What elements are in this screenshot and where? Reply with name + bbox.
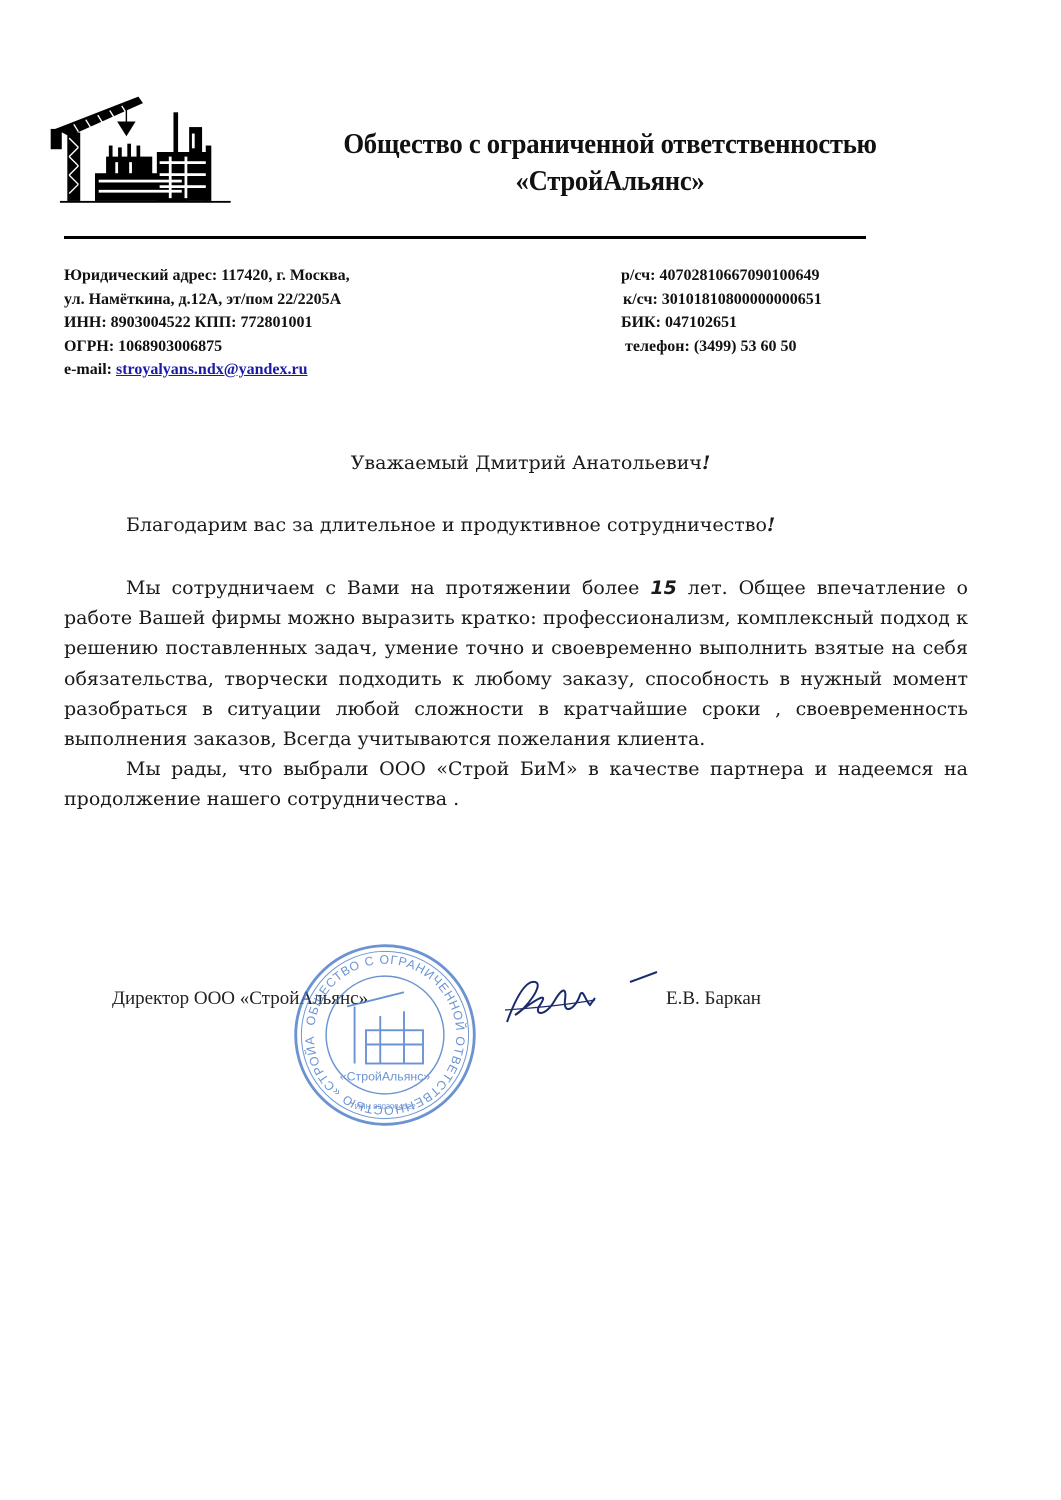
email-label: e-mail:: [64, 361, 116, 378]
letter-body: Мы сотрудничаем с Вами на протяжении бол…: [64, 573, 968, 815]
company-stamp-icon: ОБЩЕСТВО С ОГРАНИЧЕННОЙ ОТВЕТСТВЕННОСТЬЮ…: [290, 940, 480, 1130]
handwritten-signature-icon: [495, 960, 675, 1030]
legal-address-line2: ул. Намёткина, д.12А, эт/пом 22/2205А: [64, 288, 350, 312]
paragraph-1: Мы сотрудничаем с Вами на протяжении бол…: [64, 573, 968, 754]
company-name-line2: «СтройАльянс»: [279, 165, 941, 198]
email-row: e-mail: stroyalyans.ndx@yandex.ru: [64, 358, 350, 382]
signatory-name: Е.В. Баркан: [666, 988, 761, 1010]
requisites-left: Юридический адрес: 117420, г. Москва, ул…: [64, 264, 350, 382]
svg-text:«СтройАльянс»: «СтройАльянс»: [340, 1070, 431, 1084]
correspondent-account: к/сч: 30101810800000000651: [621, 288, 822, 312]
thanks-line: Благодарим вас за длительное и продуктив…: [126, 514, 775, 536]
paragraph-2: Мы рады, что выбрали ООО «Строй БиМ» в к…: [64, 754, 968, 814]
company-name-line1: Общество с ограниченной ответственностью: [279, 128, 941, 161]
inn-kpp: ИНН: 8903004522 КПП: 772801001: [64, 311, 350, 335]
requisites-right: р/сч: 40702810667090100649 к/сч: 3010181…: [621, 264, 822, 358]
header-divider: [64, 236, 866, 239]
phone: телефон: (3499) 53 60 50: [621, 335, 822, 359]
email-link[interactable]: stroyalyans.ndx@yandex.ru: [116, 361, 308, 378]
svg-text:ИНН 8903004522: ИНН 8903004522: [355, 1102, 416, 1111]
bik: БИК: 047102651: [621, 311, 822, 335]
ogrn: ОГРН: 1068903006875: [64, 335, 350, 359]
settlement-account: р/сч: 40702810667090100649: [621, 264, 822, 288]
construction-logo-icon: [48, 92, 238, 212]
years-count: 15: [650, 577, 676, 599]
greeting: Уважаемый Дмитрий Анатольевич!: [0, 452, 1061, 474]
legal-address-line1: Юридический адрес: 117420, г. Москва,: [64, 264, 350, 288]
